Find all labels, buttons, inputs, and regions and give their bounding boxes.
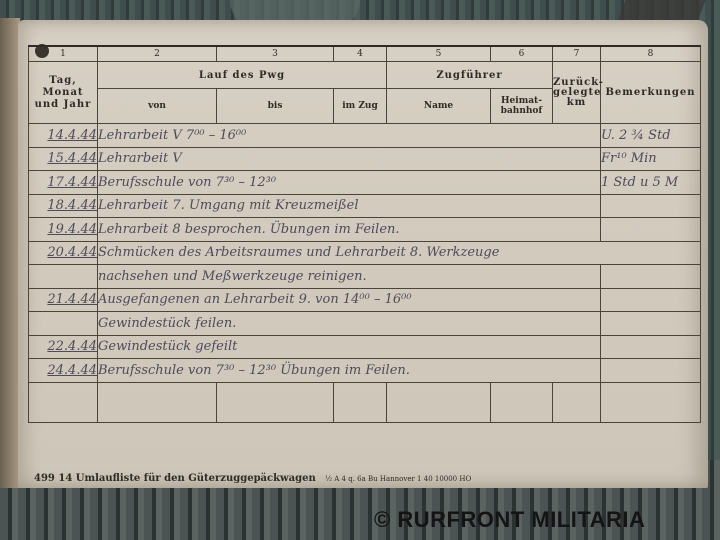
- watermark: © RURFRONT MILITARIA: [374, 507, 645, 533]
- entry-text: Lehrarbeit V: [98, 147, 601, 171]
- header-km: Zurück-gelegte km: [553, 62, 601, 124]
- entry-date: 21.4.44: [29, 288, 98, 312]
- column-number: 1: [29, 46, 98, 62]
- entry-remark: [601, 218, 701, 242]
- entry-text: Berufsschule von 7³⁰ – 12³⁰: [98, 171, 601, 195]
- entry-remark: [601, 265, 701, 289]
- entry-date: 24.4.44: [29, 359, 98, 383]
- header-heimatbahnhof: Heimat-bahnhof: [491, 89, 553, 124]
- entry-remark: [601, 288, 701, 312]
- entry-text: Ausgefangenen an Lehrarbeit 9. von 14⁰⁰ …: [98, 288, 601, 312]
- table-row: 20.4.44 Schmücken des Arbeitsraumes und …: [29, 241, 701, 265]
- entry-text: Gewindestück gefeilt: [98, 335, 601, 359]
- entry-date: 14.4.44: [29, 124, 98, 148]
- column-number: 7: [553, 46, 601, 62]
- entry-cell: [334, 382, 387, 422]
- form-footer: 499 14 Umlaufliste für den Güterzuggepäc…: [34, 473, 471, 484]
- table-row: [29, 382, 701, 422]
- column-number: 6: [491, 46, 553, 62]
- entry-cell: [491, 382, 553, 422]
- table-row: 14.4.44 Lehrarbeit V 7⁰⁰ – 16⁰⁰ U. 2 ¾ S…: [29, 124, 701, 148]
- entry-date: [29, 382, 98, 422]
- entry-text: Lehrarbeit 7. Umgang mit Kreuzmeißel: [98, 194, 601, 218]
- entry-text: nachsehen und Meßwerkzeuge reinigen.: [98, 265, 601, 289]
- column-number: 3: [217, 46, 334, 62]
- entry-remark: 1 Std u 5 M: [601, 171, 701, 195]
- table-row: 21.4.44 Ausgefangenen an Lehrarbeit 9. v…: [29, 288, 701, 312]
- header-bis: bis: [217, 89, 334, 124]
- entry-remark: [601, 312, 701, 336]
- entry-text: Schmücken des Arbeitsraumes und Lehrarbe…: [98, 241, 701, 265]
- table-row: 19.4.44 Lehrarbeit 8 besprochen. Übungen…: [29, 218, 701, 242]
- column-number: 5: [387, 46, 491, 62]
- printer-imprint: ½ A 4 q. 6a Bu Hannover 1 40 10000 HO: [325, 475, 471, 483]
- entry-text: Berufsschule von 7³⁰ – 12³⁰ Übungen im F…: [98, 359, 601, 383]
- header-von: von: [98, 89, 217, 124]
- header-date: Tag, Monat und Jahr: [29, 62, 98, 124]
- entry-remark: [601, 194, 701, 218]
- entry-text: Lehrarbeit V 7⁰⁰ – 16⁰⁰: [98, 124, 601, 148]
- entry-date: 20.4.44: [29, 241, 98, 265]
- entry-date: 18.4.44: [29, 194, 98, 218]
- entry-date: 17.4.44: [29, 171, 98, 195]
- form-title: Umlaufliste für den Güterzuggepäckwagen: [76, 473, 316, 484]
- table-row: Gewindestück feilen.: [29, 312, 701, 336]
- book-binding: [0, 18, 20, 488]
- header-zugfuehrer: Zugführer: [387, 62, 553, 89]
- entry-text: Gewindestück feilen.: [98, 312, 601, 336]
- table-row: 17.4.44 Berufsschule von 7³⁰ – 12³⁰ 1 St…: [29, 171, 701, 195]
- entry-remark: [601, 359, 701, 383]
- table-row: 15.4.44 Lehrarbeit V Fr¹⁰ Min: [29, 147, 701, 171]
- entry-cell: [98, 382, 217, 422]
- column-number: 2: [98, 46, 217, 62]
- table-row: 22.4.44 Gewindestück gefeilt: [29, 335, 701, 359]
- table-row: 18.4.44 Lehrarbeit 7. Umgang mit Kreuzme…: [29, 194, 701, 218]
- column-number: 8: [601, 46, 701, 62]
- entry-cell: [387, 382, 491, 422]
- header-im-zug: im Zug: [334, 89, 387, 124]
- entry-remark: [601, 382, 701, 422]
- header-lauf-des-pwg: Lauf des Pwg: [98, 62, 387, 89]
- form-number: 499 14: [34, 473, 72, 484]
- entry-date: 19.4.44: [29, 218, 98, 242]
- entry-remark: U. 2 ¾ Std: [601, 124, 701, 148]
- entry-cell: [217, 382, 334, 422]
- entry-text: Lehrarbeit 8 besprochen. Übungen im Feil…: [98, 218, 601, 242]
- entry-date: [29, 265, 98, 289]
- entry-remark: Fr¹⁰ Min: [601, 147, 701, 171]
- column-number-row: 1 2 3 4 5 6 7 8: [29, 46, 701, 62]
- table-row: 24.4.44 Berufsschule von 7³⁰ – 12³⁰ Übun…: [29, 359, 701, 383]
- column-number: 4: [334, 46, 387, 62]
- log-table: 1 2 3 4 5 6 7 8 Tag, Monat und Jahr Lauf…: [28, 45, 701, 423]
- table-row: nachsehen und Meßwerkzeuge reinigen.: [29, 265, 701, 289]
- entry-date: 15.4.44: [29, 147, 98, 171]
- entry-cell: [553, 382, 601, 422]
- entry-remark: [601, 335, 701, 359]
- header-bemerkungen: Bemerkungen: [601, 62, 701, 124]
- entry-date: 22.4.44: [29, 335, 98, 359]
- entry-date: [29, 312, 98, 336]
- header-name: Name: [387, 89, 491, 124]
